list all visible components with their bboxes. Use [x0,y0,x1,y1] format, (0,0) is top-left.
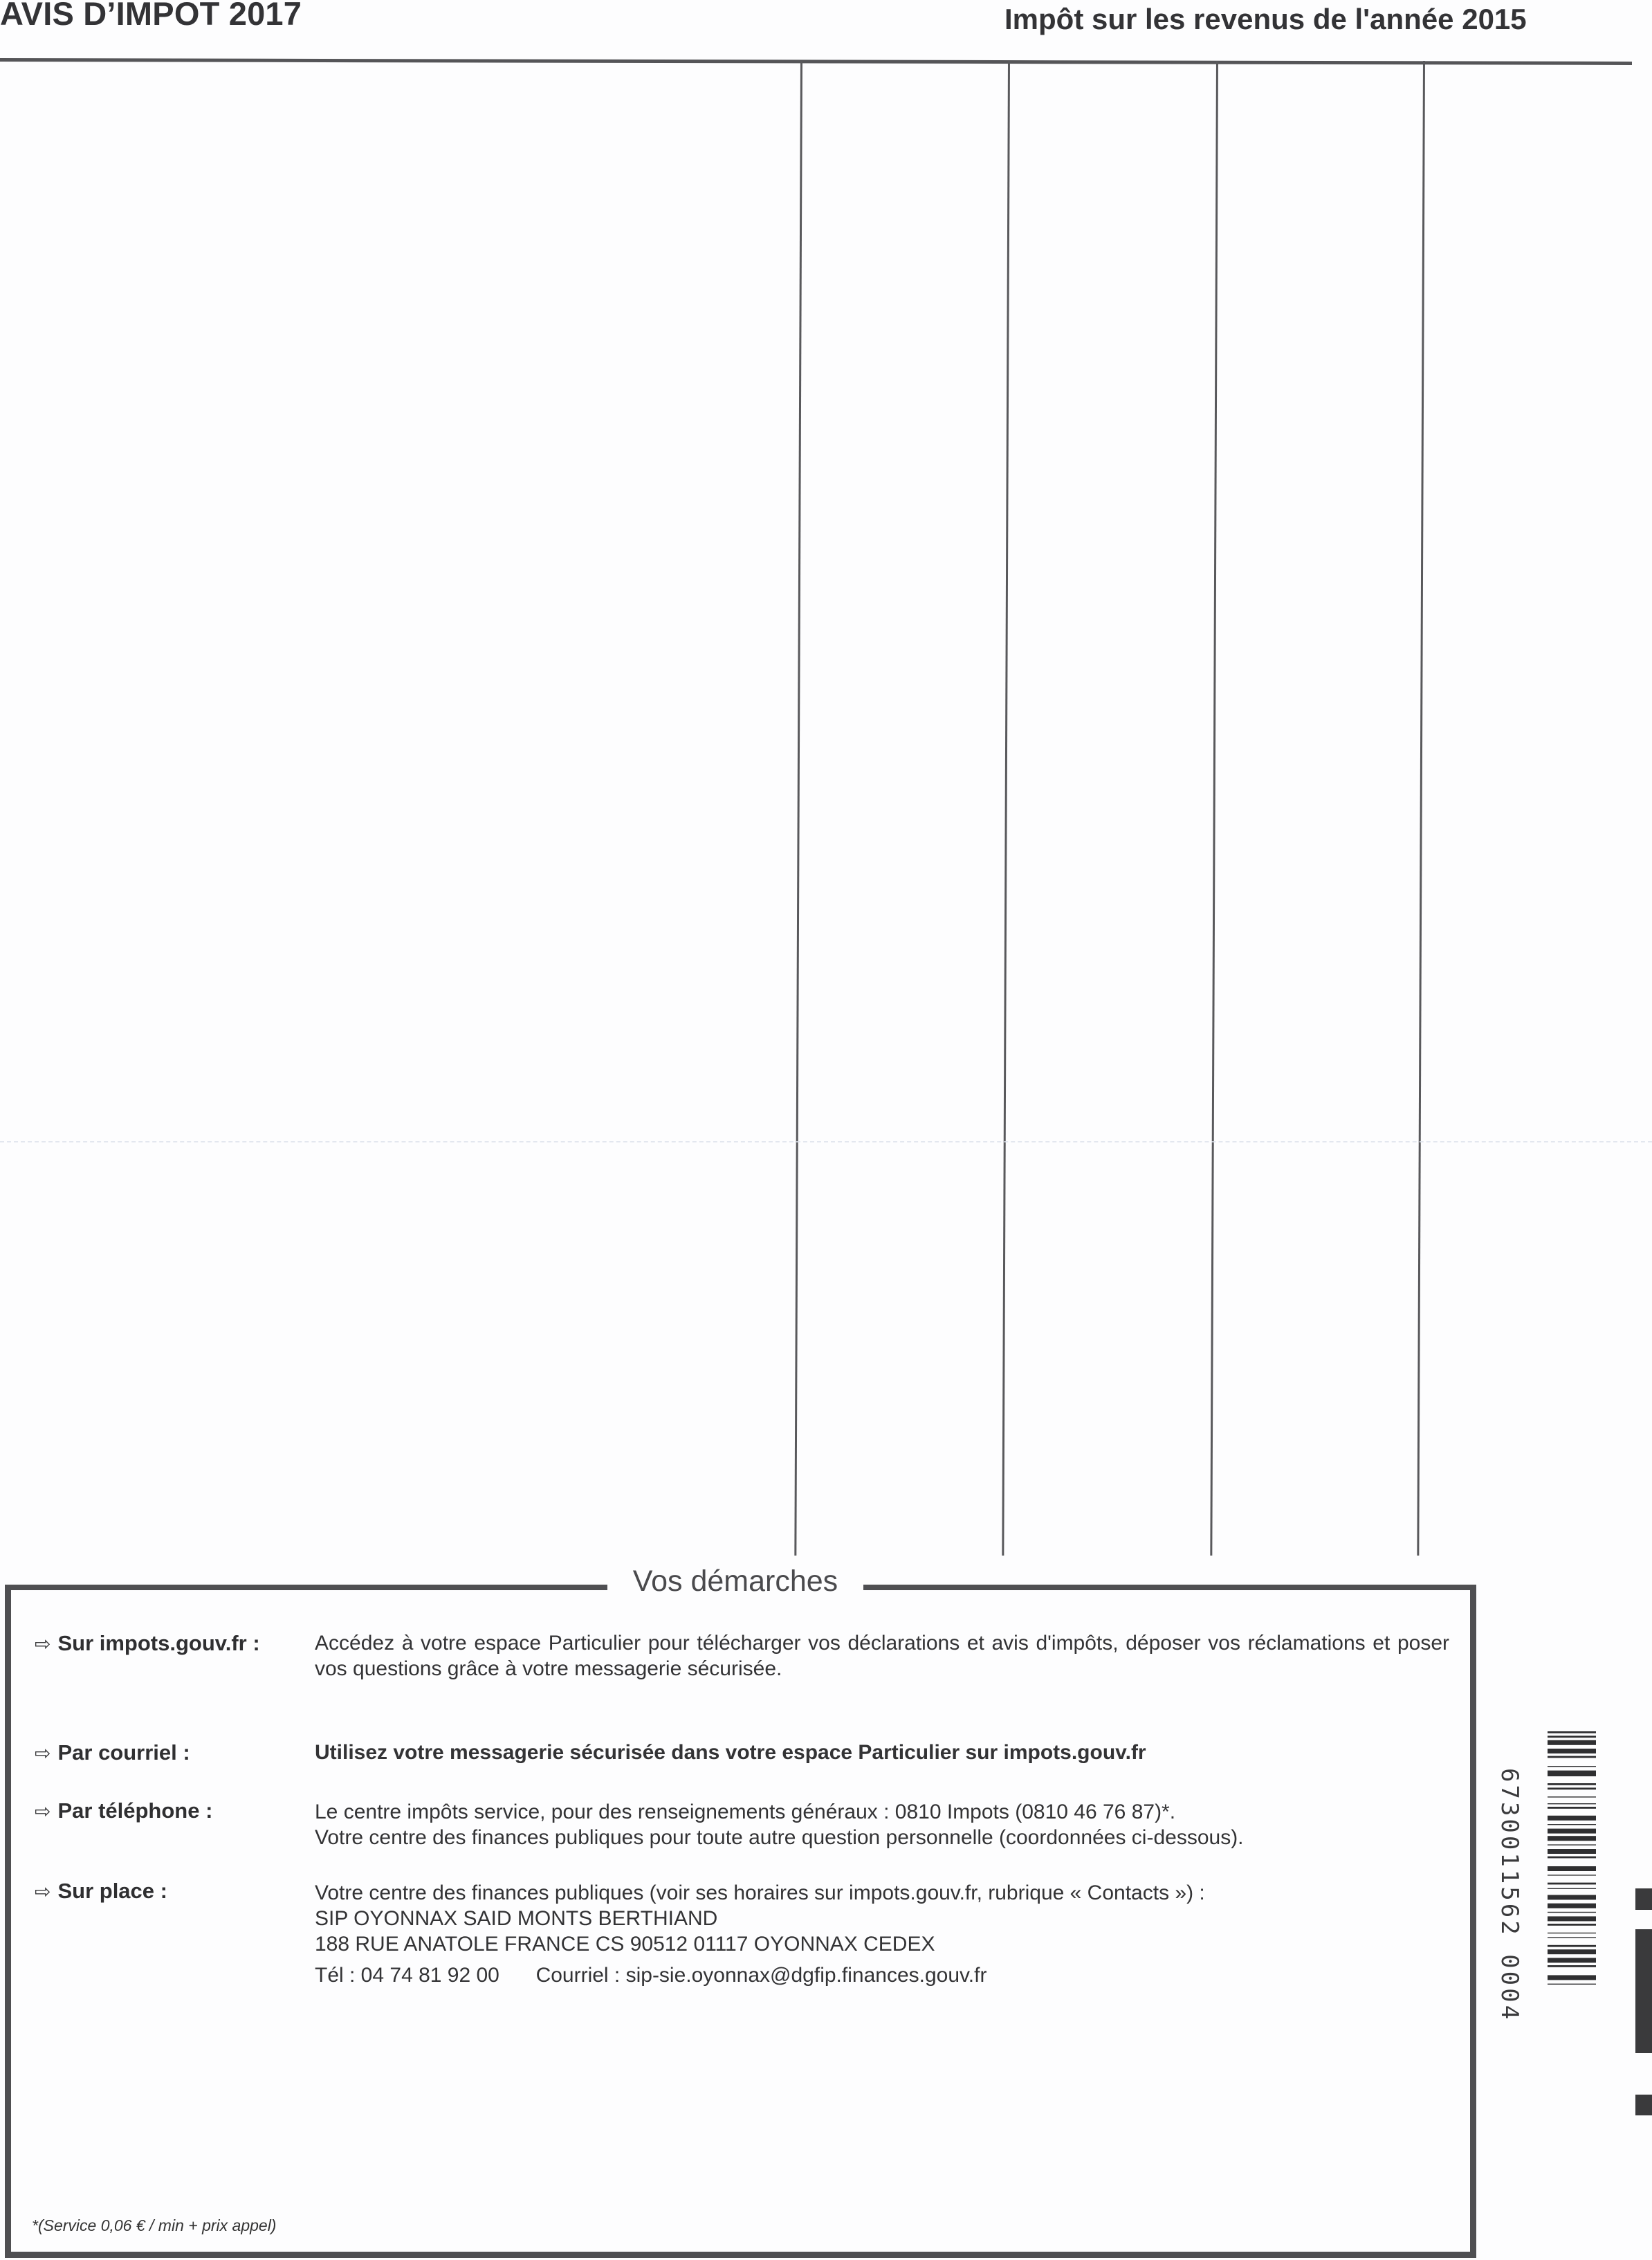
label-impots-gouv: ⇨Sur impots.gouv.fr : [35,1631,260,1656]
column-divider [1417,61,1425,1556]
arrow-right-icon: ⇨ [35,1633,51,1655]
scan-registration-mark [1635,1888,1652,1910]
column-divider [1002,61,1010,1556]
paper-fold-line [0,1141,1652,1142]
text-impots-gouv: Accédez à votre espace Particulier pour … [315,1630,1449,1682]
tax-office-phone: Tél : 04 74 81 92 00 [315,1964,499,1987]
scan-registration-mark [1635,1929,1652,2053]
column-divider [794,61,802,1556]
demarches-title: Vos démarches [607,1560,863,1602]
arrow-right-icon: ⇨ [35,1742,51,1764]
barcode-number: 6730011562 0004 [1496,1768,1523,1996]
tax-office-email: Courriel : sip-sie.oyonnax@dgfip.finance… [536,1964,987,1987]
document-title: AVIS D’IMPOT 2017 [0,0,302,33]
text-courriel: Utilisez votre messagerie sécurisée dans… [315,1740,1449,1765]
text-sur-place: Votre centre des finances publiques (voi… [315,1880,1449,1988]
phone-cost-footnote: *(Service 0,06 € / min + prix appel) [32,2216,276,2235]
text-telephone: Le centre impôts service, pour des rense… [315,1799,1449,1850]
label-telephone: ⇨Par téléphone : [35,1798,212,1823]
label-sur-place: ⇨Sur place : [35,1879,167,1904]
column-divider [1210,61,1218,1556]
header-rule [0,58,1632,65]
arrow-right-icon: ⇨ [35,1801,51,1822]
scan-registration-mark [1635,2095,1652,2115]
tax-year-title: Impôt sur les revenus de l'année 2015 [1004,3,1527,36]
label-courriel: ⇨Par courriel : [35,1740,190,1765]
arrow-right-icon: ⇨ [35,1881,51,1902]
barcode-icon [1548,1731,1596,2039]
